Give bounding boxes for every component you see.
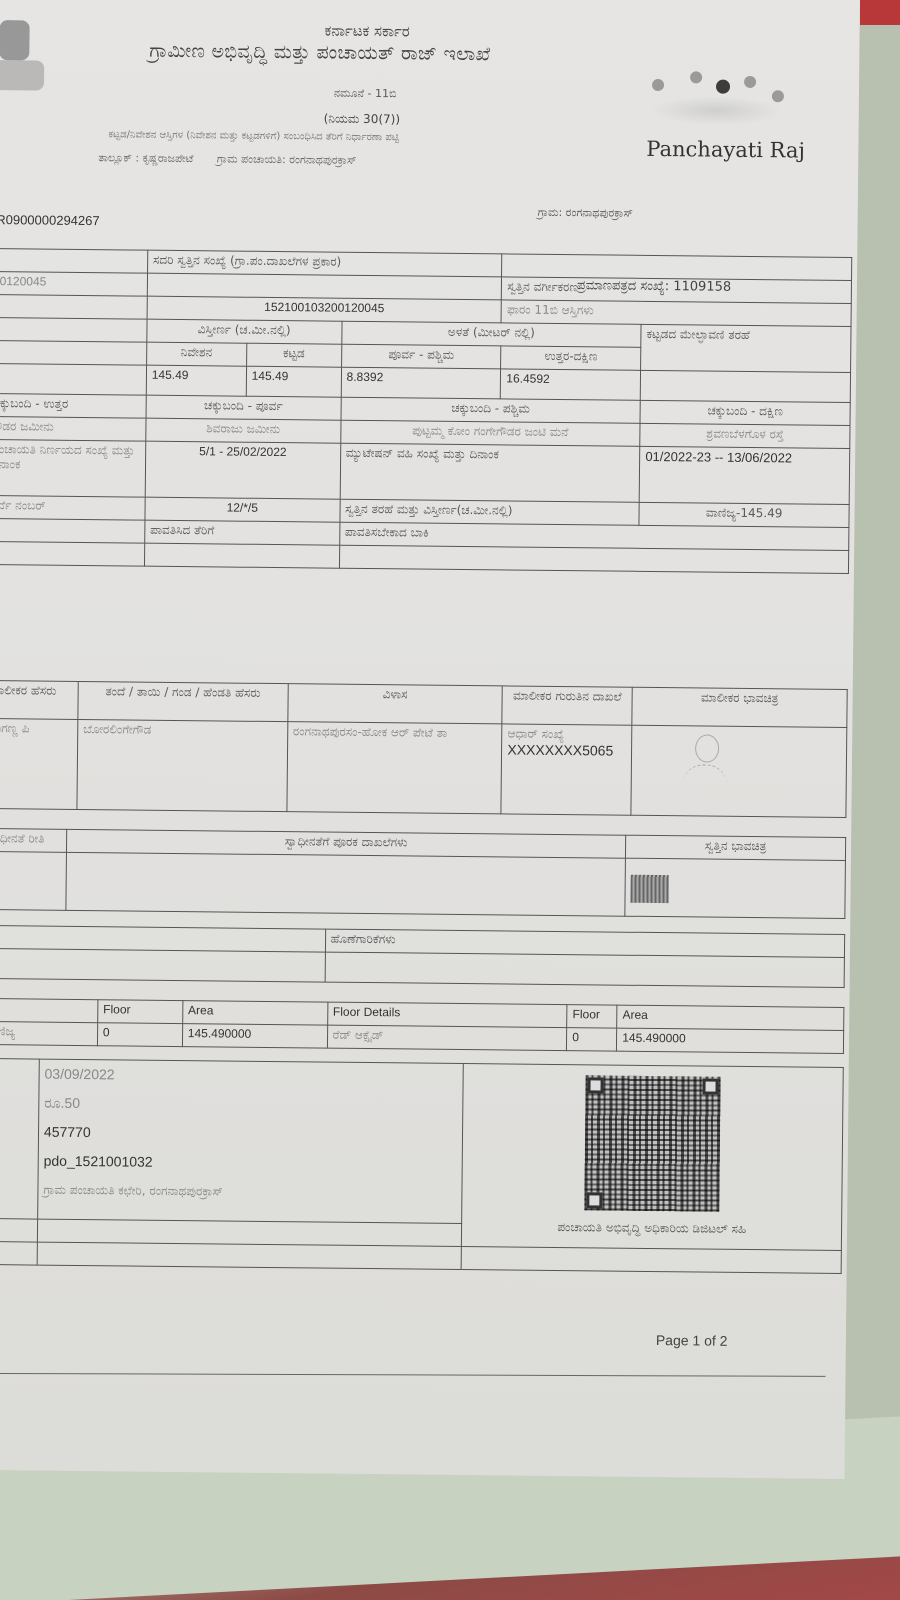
floor-value-2: 0 — [567, 1028, 617, 1052]
area-value-2: 145.490000 — [617, 1028, 844, 1053]
survey-label: ಸರ್ವೆ ನಂಬರ್ — [0, 495, 145, 520]
dimension-label: ಅಳತೆ (ಮೀಟರ್ ನಲ್ಲಿ) — [341, 321, 641, 347]
emblem-icon — [0, 0, 60, 111]
owner-id-number: XXXXXXXX5065 — [507, 741, 626, 758]
mutation-label: ಮ್ಯುಟೇಷನ್ ವಹಿ ಸಂಖ್ಯೆ ಮತ್ತು ದಿನಾಂಕ — [340, 443, 640, 502]
west-boundary-value: ಪುಟ್ಟಮ್ಮ ಕೋಂ ಗಂಗೇಗೌಡರ ಜಂಟಿ ಮನೆ — [340, 420, 640, 446]
owner-id-header: ಮಾಲೀಕರ ಗುರುತಿನ ದಾಖಲೆ — [502, 686, 632, 725]
gram-panchayat: ಗ್ರಾಮ ಪಂಚಾಯತಿ: ರಂಗನಾಥಪುರಕ್ರಾಸ್ — [217, 152, 357, 166]
roof-type-label: ಕಟ್ಟಡದ ಮೇಲ್ಛಾವಣಿ ತರಹೆ — [641, 324, 851, 372]
issue-fee: ರೂ.50 — [44, 1089, 458, 1122]
tax-paid-label: ಪಾವತಿಸಿದ ತೆರಿಗೆ — [145, 520, 340, 545]
floor-header: Floor — [98, 1000, 183, 1024]
floor-details-value: ರೆಡ್ ಆಕ್ಸೈಡ್ — [327, 1025, 567, 1051]
department-title: ಗ್ರಾಮೀಣ ಅಭಿವೃದ್ಧಿ ಮತ್ತು ಪಂಚಾಯತ್ ರಾಜ್ ಇಲಾ… — [149, 40, 490, 66]
building-label: ಕಟ್ಟಡ — [246, 343, 341, 367]
resolution-label: ಪಂಚಾಯತಿ ನಿರ್ಣಯದ ಸಂಖ್ಯೆ ಮತ್ತು ದಿನಾಂಕ — [0, 439, 146, 497]
south-boundary-value: ಶ್ರವಣಬೆಳಗೊಳ ರಸ್ತೆ — [640, 423, 850, 448]
mutation-value: 01/2022-23 -- 13/06/2022 — [639, 446, 849, 504]
govt-title: ಕರ್ನಾಟಕ ಸರ್ಕಾರ — [324, 22, 409, 41]
east-west-value: 8.8392 — [341, 367, 501, 399]
north-south-value: 16.4592 — [501, 369, 641, 400]
digital-signature-label: ಪಂಚಾಯತಿ ಅಭಿವೃದ್ಧಿ ಅಧಿಕಾರಿಯ ಡಿಜಿಟಲ್ ಸಹಿ — [467, 1219, 836, 1238]
floor-header-2: Floor — [567, 1005, 617, 1029]
issuing-office: ಗ್ರಾಮ ಪಂಚಾಯತಿ ಕಛೇರಿ, ರಂಗನಾಥಪುರಕ್ರಾಸ್ — [43, 1176, 457, 1209]
floor-details-header: Floor Details — [327, 1002, 567, 1028]
north-south-label: ಉತ್ತರ-ದಕ್ಷಿಣ — [501, 346, 641, 370]
floor-usage: ವಾಣಿಜ್ಯ — [0, 1021, 98, 1045]
address-header: ವಿಳಾಸ — [287, 684, 502, 724]
acquisition-label: ಸ್ವಾಧೀನತೆ ರೀತಿ — [0, 828, 67, 852]
owner-name-header: ಮಾಲೀಕರ ಹೆಸರು — [0, 680, 78, 719]
page-number: Page 1 of 2 — [656, 1332, 728, 1349]
property-photo — [631, 875, 669, 903]
type-area-label: ಸ್ವತ್ತಿನ ತರಹೆ ಮತ್ತು ವಿಸ್ತೀರ್ಣ(ಚ.ಮೀ.ನಲ್ಲಿ… — [340, 499, 640, 525]
area-header-2: Area — [617, 1005, 844, 1030]
west-boundary-label: ಚಕ್ಕುಬಂದಿ - ಪಶ್ಚಿಮ — [341, 397, 641, 423]
owner-photo — [677, 734, 738, 805]
area-label: ವಿಸ್ತೀರ್ಣ (ಚ.ಮೀ.ನಲ್ಲಿ) — [147, 319, 342, 344]
owner-name: ಲಿಂಗಣ್ಣ ಪಿ — [0, 718, 78, 809]
owner-photo-header: ಮಾಲೀಕರ ಭಾವಚಿತ್ರ — [632, 687, 847, 727]
taluk: ತಾಲ್ಲೂಕ್ : ಕೃಷ್ಣರಾಜಪೇಟೆ — [98, 151, 193, 165]
property-photo-label: ಸ್ವತ್ತಿನ ಭಾವಚಿತ್ರ — [626, 835, 846, 860]
east-west-label: ಪೂರ್ವ - ಪಶ್ಚಿಮ — [341, 344, 501, 369]
area-value: 145.490000 — [182, 1024, 327, 1049]
issue-date: 03/09/2022 — [44, 1060, 458, 1093]
form-number: ನಮೂನೆ - 11ಬಿ — [334, 87, 397, 102]
site-area: 145.49 — [146, 365, 246, 396]
officer-id: pdo_1521001032 — [43, 1147, 457, 1180]
area-header: Area — [182, 1001, 327, 1026]
property-id-partial: 00120045 — [0, 271, 147, 296]
east-boundary-value: ಶಿವರಾಜು ಜಮೀನು — [146, 418, 341, 443]
panchayati-raj-logo-icon — [644, 67, 795, 129]
ownership-table: ಸ್ವಾಧೀನತೆ ರೀತಿ ಸ್ವಾಧೀನತೆಗೆ ಪೂರಕ ದಾಖಲೆಗಳು… — [0, 828, 846, 919]
issue-table: 03/09/2022 ರೂ.50 457770 pdo_1521001032 ಗ… — [0, 1058, 844, 1274]
east-boundary-label: ಚಕ್ಕುಬಂದಿ - ಪೂರ್ವ — [146, 395, 341, 420]
property-details-table: ಸದರಿ ಸ್ವತ್ತಿನ ಸಂಖ್ಯೆ (ಗ್ರಾ.ಪಂ.ದಾಖಲೆಗಳ ಪ್… — [0, 248, 852, 574]
type-area-value: ವಾಣಿಜ್ಯ-145.49 — [639, 502, 849, 527]
footer-divider — [0, 1373, 826, 1377]
background-red-corner — [860, 0, 900, 25]
survey-value: 12/*/5 — [145, 497, 340, 522]
north-boundary-label: ಚಕ್ಕುಬಂದಿ - ಉತ್ತರ — [0, 393, 146, 418]
liabilities-table: ಹೊಣೆಗಾರಿಕೆಗಳು — [0, 925, 845, 988]
floors-table: Floor Area Floor Details Floor Area ವಾಣಿ… — [0, 998, 844, 1054]
qr-code-icon — [584, 1075, 720, 1211]
south-boundary-label: ಚಕ್ಕುಬಂದಿ - ದಕ್ಷಿಣ — [640, 400, 850, 425]
logo-text: Panchayati Raj — [646, 137, 805, 163]
document-id: PR0900000294267 — [0, 212, 100, 228]
site-label: ನಿವೇಶನ — [146, 342, 246, 366]
rule-number: (ನಿಯಮ 30(7)) — [324, 112, 401, 128]
location-line: ತಾಲ್ಲೂಕ್ : ಕೃಷ್ಣರಾಜಪೇಟೆ ಗ್ರಾಮ ಪಂಚಾಯತಿ: ರ… — [98, 151, 376, 168]
receipt-number: 457770 — [44, 1118, 458, 1151]
relative-name-header: ತಂದೆ / ತಾಯಿ / ಗಂಡ / ಹೆಂಡತಿ ಹೆಸರು — [78, 681, 288, 721]
owner-table: ಮಾಲೀಕರ ಹೆಸರು ತಂದೆ / ತಾಯಿ / ಗಂಡ / ಹೆಂಡತಿ … — [0, 680, 848, 818]
building-area: 145.49 — [246, 366, 341, 397]
resolution-value: 5/1 - 25/02/2022 — [145, 441, 340, 499]
floor-value: 0 — [97, 1023, 182, 1047]
owner-address: ರಂಗನಾಥಪುರಸಂ-ಹೋಕ ಆರ್ ಪೇಟೆ ತಾ — [287, 722, 503, 814]
owner-id-type: ಆಧಾರ್ ಸಂಖ್ಯೆ — [508, 726, 627, 742]
village: ಗ್ರಾಮ: ರಂಗನಾಥಪುರಕ್ರಾಸ್ — [538, 206, 633, 221]
document-page: ಕರ್ನಾಟಕ ಸರ್ಕಾರ ಗ್ರಾಮೀಣ ಅಭಿವೃದ್ಧಿ ಮತ್ತು ಪ… — [0, 0, 860, 1479]
relative-name: ಬೋರಲಿಂಗೇಗೌಡ — [77, 719, 288, 811]
form-subtitle: ಕಟ್ಟಡ/ನಿವೇಶನ ಆಸ್ತಿಗಳ (ನಿವೇಶನ ಮತ್ತು ಕಟ್ಟಡ… — [108, 129, 399, 143]
north-boundary-value: ಗೌಡರ ಜಮೀನು — [0, 416, 146, 441]
